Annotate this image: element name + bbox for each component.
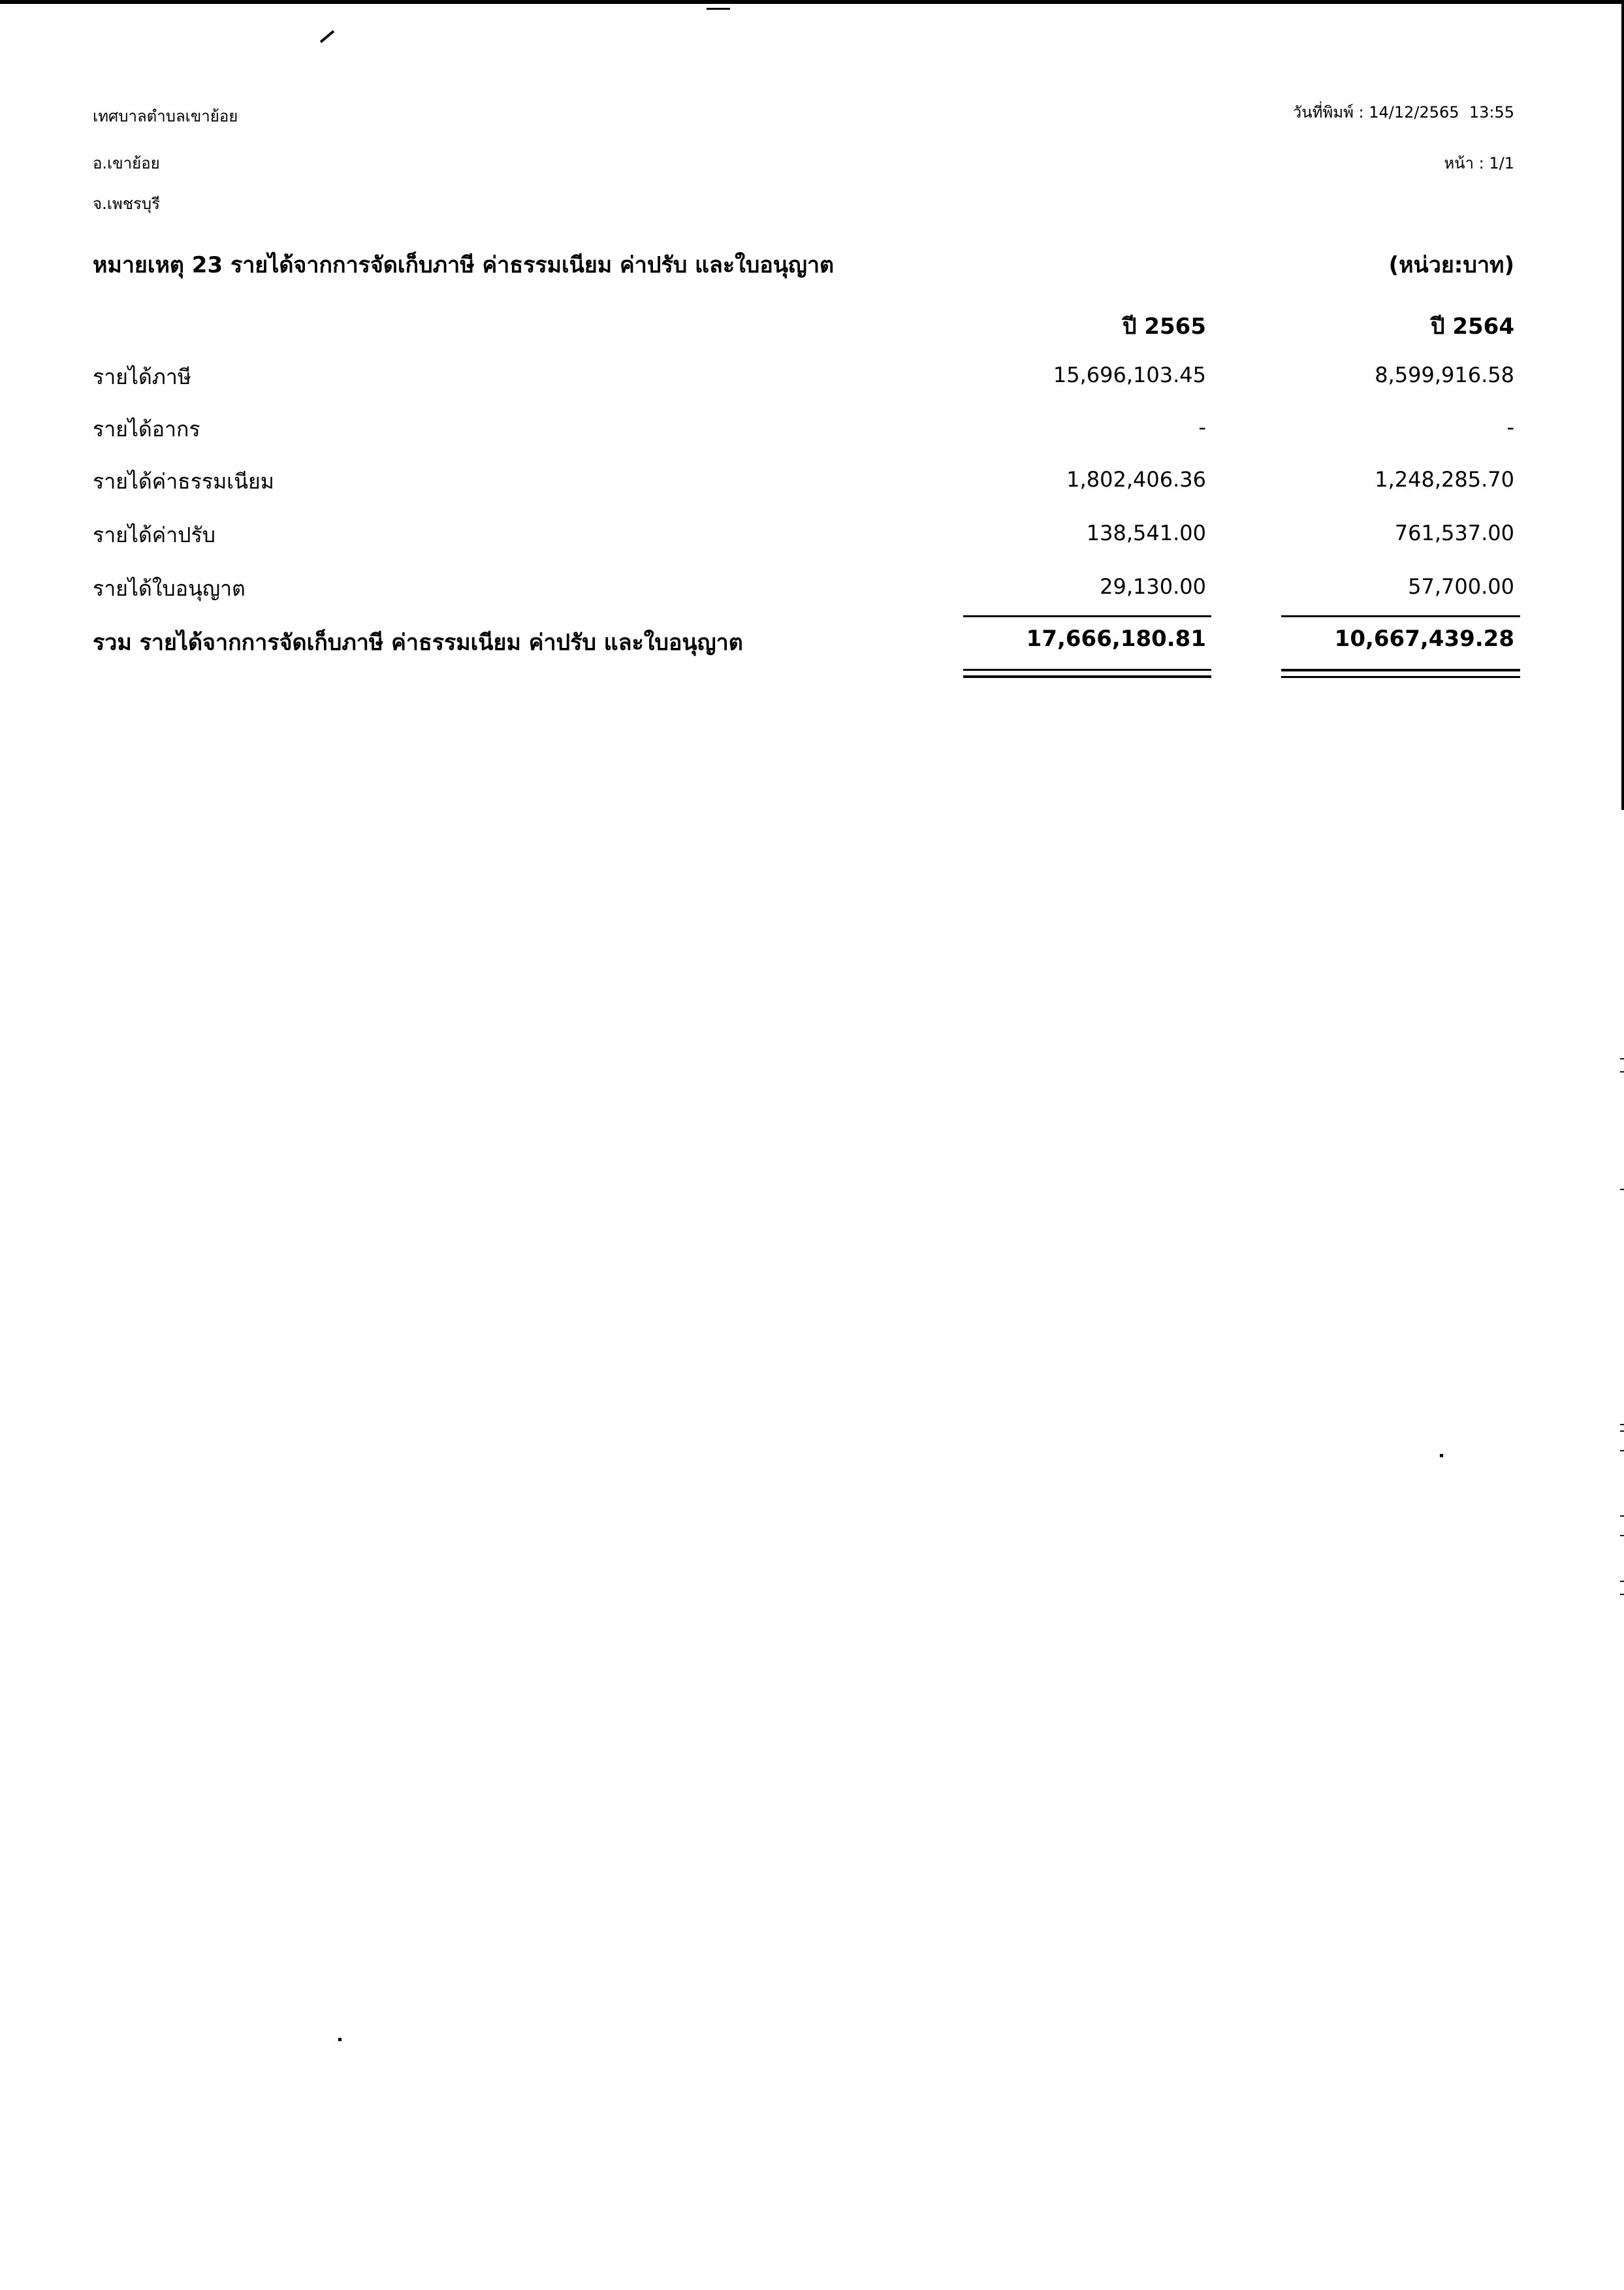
scan-tick (1620, 1424, 1624, 1425)
unit-label: (หน่วย:บาท) (1389, 247, 1514, 282)
page-number: หน้า : 1/1 (1444, 150, 1514, 176)
scan-border-right (1621, 0, 1624, 810)
total-double-rule (963, 669, 1211, 671)
scan-mark-top (707, 8, 730, 10)
district-name: อ.เขาย้อย (93, 150, 160, 176)
column-header-2565: ปี 2565 (1122, 308, 1206, 344)
scan-tick (1620, 1071, 1624, 1072)
organization-name: เทศบาลตำบลเขาย้อย (93, 103, 238, 129)
subtotal-rule (1281, 615, 1520, 617)
row-label-tax: รายได้ภาษี (93, 361, 191, 394)
total-label: รวม รายได้จากการจัดเก็บภาษี ค่าธรรมเนียม… (93, 624, 743, 660)
row-value-2564: 1,248,285.70 (1375, 467, 1514, 492)
total-value-2564: 10,667,439.28 (1335, 626, 1514, 652)
row-value-2564: 57,700.00 (1408, 574, 1514, 599)
subtotal-rule (963, 615, 1211, 617)
scan-tick (1620, 1515, 1624, 1517)
scan-border-top (0, 0, 1624, 4)
scan-tick (1620, 1189, 1624, 1190)
scan-tick (1620, 1535, 1624, 1536)
scan-tick (1620, 1581, 1624, 1582)
row-value-2565: - (1198, 415, 1206, 440)
total-double-rule (963, 675, 1211, 678)
note-title: หมายเหตุ 23 รายได้จากการจัดเก็บภาษี ค่าธ… (93, 247, 834, 282)
row-value-2565: 1,802,406.36 (1066, 467, 1206, 492)
province-name: จ.เพชรบุรี (93, 191, 160, 216)
pen-mark (320, 30, 334, 43)
scan-tick (1620, 1594, 1624, 1595)
total-value-2565: 17,666,180.81 (1027, 626, 1206, 652)
row-label-duty: รายได้อากร (93, 413, 200, 446)
scan-speck (1440, 1454, 1443, 1457)
total-double-rule (1281, 669, 1520, 671)
row-label-licenses: รายได้ใบอนุญาต (93, 572, 246, 605)
scan-tick (1620, 1058, 1624, 1059)
row-value-2565: 15,696,103.45 (1053, 363, 1206, 387)
print-date: วันที่พิมพ์ : 14/12/2565 13:55 (1293, 99, 1514, 125)
row-label-fines: รายได้ค่าปรับ (93, 519, 215, 552)
row-value-2564: 761,537.00 (1395, 521, 1514, 545)
row-value-2564: - (1506, 415, 1514, 440)
row-label-fees: รายได้ค่าธรรมเนียม (93, 465, 274, 498)
scan-speck (338, 2038, 342, 2041)
total-double-rule (1281, 676, 1520, 678)
column-header-2564: ปี 2564 (1431, 308, 1514, 344)
scan-tick (1620, 1430, 1624, 1432)
row-value-2565: 29,130.00 (1100, 574, 1206, 599)
row-value-2565: 138,541.00 (1087, 521, 1206, 545)
scan-tick (1620, 1450, 1624, 1451)
row-value-2564: 8,599,916.58 (1375, 363, 1514, 387)
